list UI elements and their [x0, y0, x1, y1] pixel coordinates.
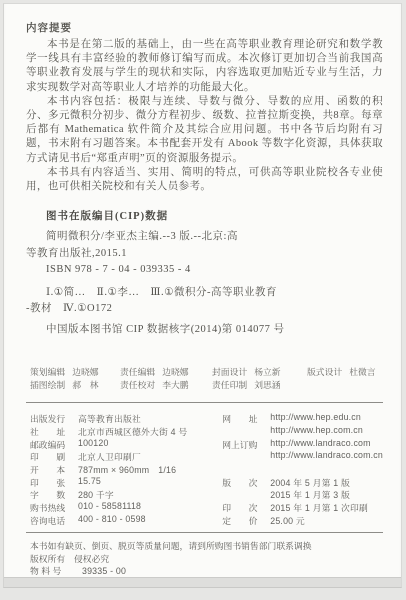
colophon-row: 印 刷北京人卫印刷厂	[30, 450, 222, 463]
colophon-value: 2015 年 1 月第 1 次印刷	[270, 501, 368, 514]
credit-role: 版式设计	[307, 367, 342, 377]
colophon-label: 字 数	[30, 488, 70, 501]
colophon-value: http://www.landraco.com	[270, 438, 370, 451]
page-content: 内容提要 本书是在第二版的基础上，由一些在高等职业教育理论研究和数学教学一线具有…	[26, 4, 383, 577]
colophon-row: 购书热线010 - 58581118	[30, 501, 222, 514]
cip-heading: 图书在版编目(CIP)数据	[46, 208, 383, 223]
colophon-section: 出版发行高等教育出版社 社 址北京市西城区德外大街 4 号 邮政编码100120…	[26, 412, 383, 526]
credit-role: 封面设计	[212, 367, 247, 377]
credit-name: 郝 林	[72, 380, 98, 390]
colophon-value: 2004 年 5 月第 1 版	[270, 476, 350, 489]
material-number-label: 物 料 号	[30, 565, 76, 577]
colophon-label	[222, 463, 262, 476]
credit-item	[307, 379, 383, 392]
colophon-left-column: 出版发行高等教育出版社 社 址北京市西城区德外大街 4 号 邮政编码100120…	[30, 412, 222, 526]
credit-role: 责任编辑	[120, 367, 155, 377]
credits-section: 策划编辑边晓娜 责任编辑边晓娜 封面设计杨立新 版式设计杜微言 插图绘制郝 林 …	[26, 366, 383, 392]
material-number-value: 39335 - 00	[82, 565, 126, 577]
colophon-row: 定 价25.00 元	[222, 514, 383, 527]
footer-section: 本书如有缺页、倒页、脱页等质量问题，请到所购图书销售部门联系调换 版权所有 侵权…	[26, 540, 383, 577]
summary-paragraph: 本书是在第二版的基础上，由一些在高等职业教育理论研究和数学教学一线具有丰富经验的…	[26, 38, 383, 95]
colophon-value: 010 - 58581118	[78, 501, 141, 514]
colophon-row: 邮政编码100120	[30, 438, 222, 451]
colophon-label: 开 本	[30, 463, 70, 476]
cip-section: 图书在版编目(CIP)数据 简明微积分/李亚杰主编.--3 版.--北京:高 等…	[26, 208, 383, 338]
colophon-value: http://www.hep.com.cn	[270, 425, 363, 438]
cip-record-number: 中国版本图书馆 CIP 数据核字(2014)第 014077 号	[26, 322, 383, 339]
credit-name: 杜微言	[349, 367, 375, 377]
colophon-label: 网 址	[222, 412, 262, 425]
colophon-label: 邮政编码	[30, 438, 70, 451]
credit-name: 边晓娜	[72, 367, 98, 377]
colophon-value: 400 - 810 - 0598	[78, 514, 146, 527]
colophon-label: 社 址	[30, 425, 70, 438]
colophon-label: 咨询电话	[30, 514, 70, 527]
colophon-row: 网 址http://www.hep.edu.cn	[222, 412, 383, 425]
colophon-value: 北京市西城区德外大街 4 号	[78, 425, 187, 438]
colophon-row: 出版发行高等教育出版社	[30, 412, 222, 425]
colophon-label: 购书热线	[30, 501, 70, 514]
colophon-value: 北京人卫印刷厂	[78, 450, 141, 463]
summary-heading: 内容提要	[26, 20, 383, 35]
colophon-row: 咨询电话400 - 810 - 0598	[30, 514, 222, 527]
colophon-row: 开 本787mm × 960mm 1/16	[30, 463, 222, 476]
book-copyright-page: 内容提要 本书是在第二版的基础上，由一些在高等职业教育理论研究和数学教学一线具有…	[3, 3, 402, 588]
colophon-row: 印 张15.75	[30, 476, 222, 489]
colophon-row: 2015 年 1 月第 3 版	[222, 488, 383, 501]
colophon-value: 100120	[78, 438, 109, 451]
colophon-label: 印 张	[30, 476, 70, 489]
cip-entry-line: 简明微积分/李亚杰主编.--3 版.--北京:高	[26, 229, 383, 246]
colophon-right-column: 网 址http://www.hep.edu.cn http://www.hep.…	[222, 412, 383, 526]
colophon-label: 版 次	[222, 476, 262, 489]
credit-item: 插图绘制郝 林	[30, 379, 120, 392]
cip-entry-line: 等教育出版社,2015.1	[26, 246, 383, 263]
isbn-line: ISBN 978 - 7 - 04 - 039335 - 4	[26, 262, 383, 279]
colophon-label: 出版发行	[30, 412, 70, 425]
quality-note: 本书如有缺页、倒页、脱页等质量问题，请到所购图书销售部门联系调换	[30, 540, 383, 552]
colophon-value: 2015 年 1 月第 3 版	[270, 488, 350, 501]
credit-item: 策划编辑边晓娜	[30, 366, 120, 379]
colophon-value: 高等教育出版社	[78, 412, 141, 425]
credit-role: 插图绘制	[30, 380, 65, 390]
credit-role: 策划编辑	[30, 367, 65, 377]
credit-role: 责任印制	[212, 380, 247, 390]
credit-item: 责任印制刘思涵	[212, 379, 307, 392]
colophon-value: 25.00 元	[270, 514, 305, 527]
colophon-row: 版 次2004 年 5 月第 1 版	[222, 476, 383, 489]
material-number-row: 物 料 号 39335 - 00	[30, 565, 383, 577]
colophon-row	[222, 463, 383, 476]
cip-classification-line: Ⅰ.①简… Ⅱ.①李… Ⅲ.①微积分-高等职业教育	[26, 285, 383, 302]
colophon-label: 印 刷	[30, 450, 70, 463]
colophon-value: 787mm × 960mm 1/16	[78, 463, 176, 476]
summary-paragraph: 本书内容包括：极限与连续、导数与微分、导数的应用、函数的积分、多元微积分初步、微…	[26, 95, 383, 166]
colophon-label: 定 价	[222, 514, 262, 527]
colophon-row: http://www.landraco.com.cn	[222, 450, 383, 463]
credit-name: 杨立新	[254, 367, 280, 377]
copyright-notice: 版权所有 侵权必究	[30, 553, 383, 565]
credit-name: 刘思涵	[254, 380, 280, 390]
credit-item: 责任编辑边晓娜	[120, 366, 212, 379]
cip-entry: 简明微积分/李亚杰主编.--3 版.--北京:高 等教育出版社,2015.1 I…	[26, 229, 383, 279]
summary-paragraph: 本书具有内容适当、实用、简明的特点，可供高等职业院校各专业使用，也可供相关院校和…	[26, 166, 383, 194]
colophon-label: 印 次	[222, 501, 262, 514]
credit-name: 边晓娜	[162, 367, 188, 377]
scan-edge	[4, 577, 401, 587]
colophon-value: http://www.hep.edu.cn	[270, 412, 361, 425]
credit-item: 封面设计杨立新	[212, 366, 307, 379]
colophon-label	[222, 488, 262, 501]
credit-item: 责任校对李大鹏	[120, 379, 212, 392]
cip-classification: Ⅰ.①简… Ⅱ.①李… Ⅲ.①微积分-高等职业教育 -教材 Ⅳ.①O172	[26, 285, 383, 318]
colophon-label	[222, 450, 262, 463]
divider	[26, 402, 383, 403]
colophon-row: 网上订购http://www.landraco.com	[222, 438, 383, 451]
credit-item: 版式设计杜微言	[307, 366, 383, 379]
colophon-value: 15.75	[78, 476, 101, 489]
content-summary-section: 内容提要 本书是在第二版的基础上，由一些在高等职业教育理论研究和数学教学一线具有…	[26, 4, 383, 194]
credit-role: 责任校对	[120, 380, 155, 390]
colophon-value: http://www.landraco.com.cn	[270, 450, 383, 463]
cip-classification-line: -教材 Ⅳ.①O172	[26, 301, 383, 318]
colophon-row: 印 次2015 年 1 月第 1 次印刷	[222, 501, 383, 514]
divider	[26, 532, 383, 533]
credits-row: 策划编辑边晓娜 责任编辑边晓娜 封面设计杨立新 版式设计杜微言	[30, 366, 383, 379]
colophon-row: 字 数280 千字	[30, 488, 222, 501]
colophon-row: http://www.hep.com.cn	[222, 425, 383, 438]
credits-row: 插图绘制郝 林 责任校对李大鹏 责任印制刘思涵	[30, 379, 383, 392]
colophon-label: 网上订购	[222, 438, 262, 451]
colophon-value: 280 千字	[78, 488, 114, 501]
colophon-label	[222, 425, 262, 438]
credit-name: 李大鹏	[162, 380, 188, 390]
colophon-row: 社 址北京市西城区德外大街 4 号	[30, 425, 222, 438]
